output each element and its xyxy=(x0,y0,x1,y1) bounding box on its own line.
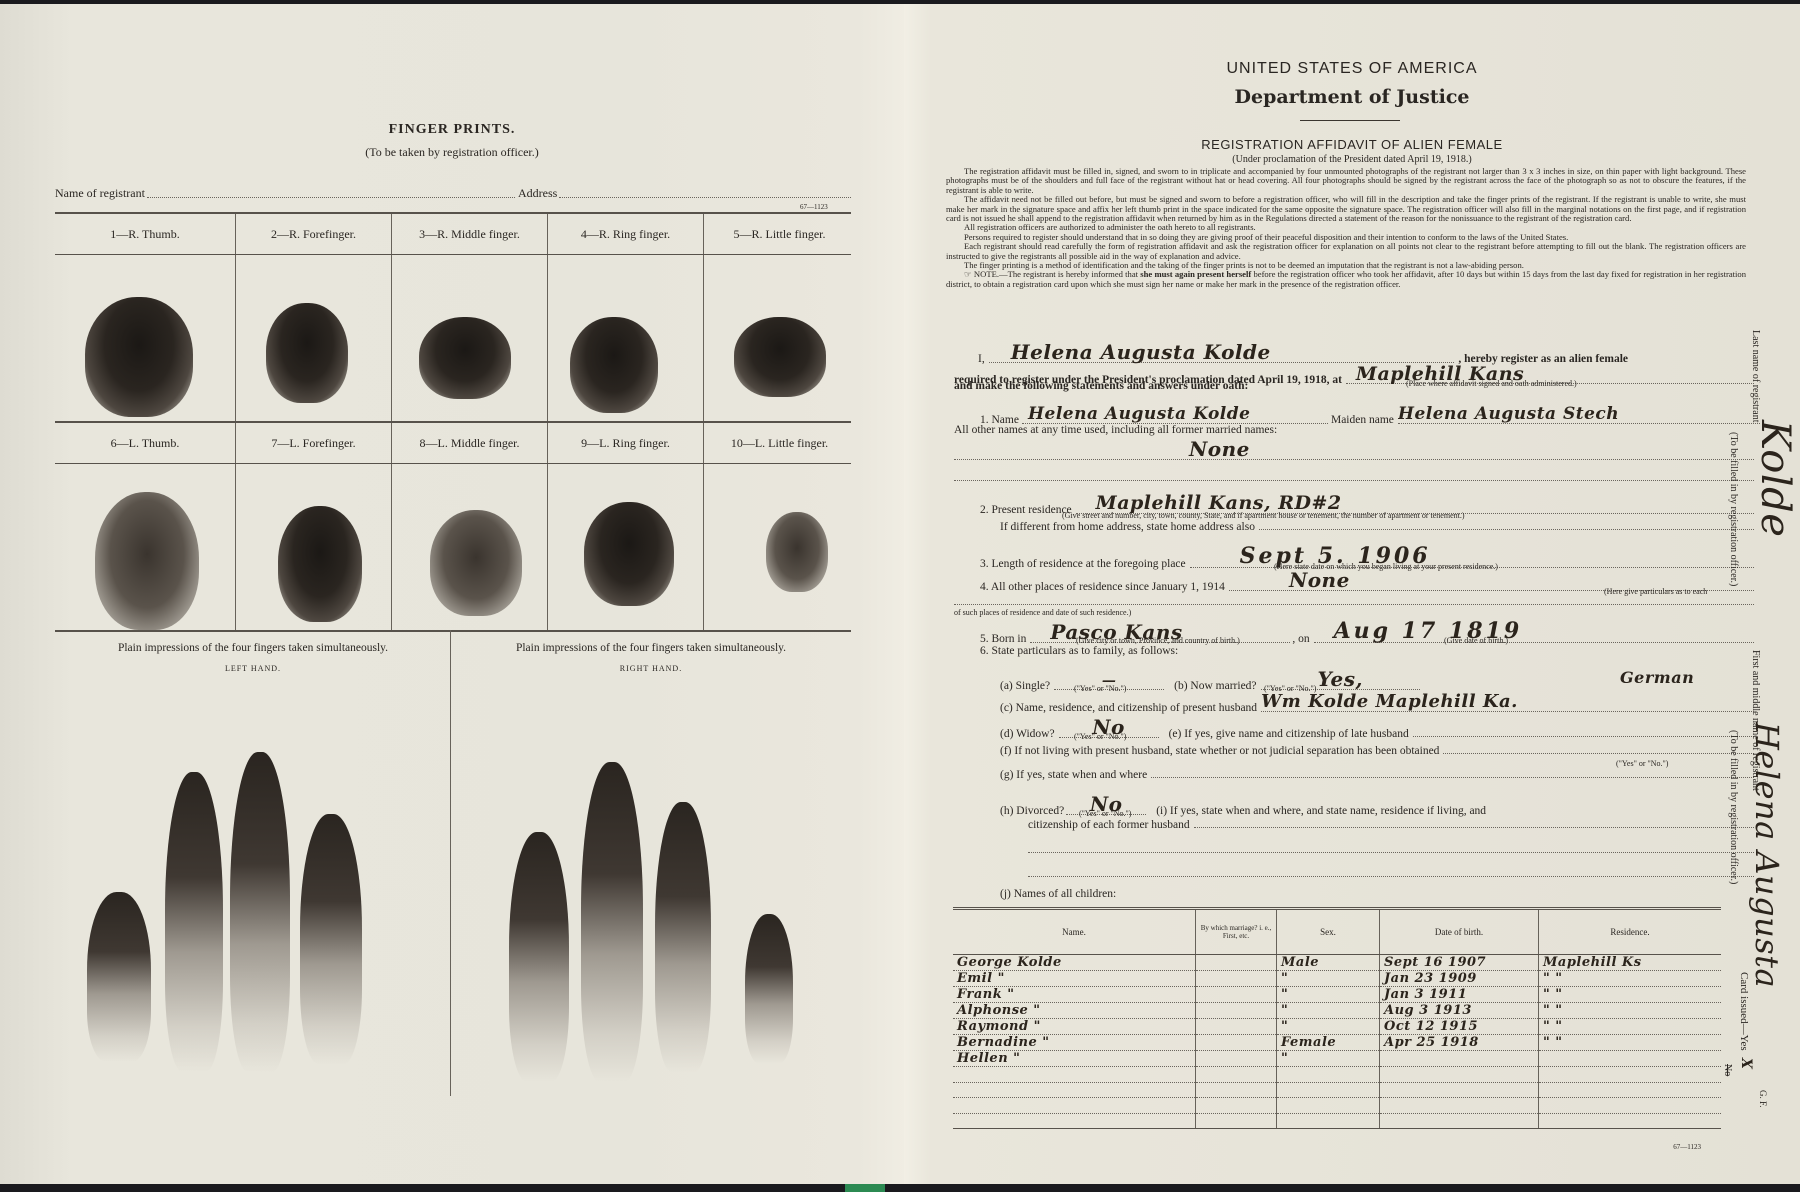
former-husband-line-3 xyxy=(1028,876,1754,877)
child-marriage xyxy=(1196,1003,1277,1019)
child-name: Raymond " xyxy=(953,1019,1196,1035)
child-marriage xyxy=(1196,1051,1277,1067)
other-names-value: None xyxy=(954,439,1754,460)
birth-date-value: Aug 17 1819 xyxy=(1314,620,1754,643)
other-names-label: All other names at any time used, includ… xyxy=(954,424,1277,436)
child-dob: Sept 16 1907 xyxy=(1380,955,1539,971)
l-little-finger-label: 10—L. Little finger. xyxy=(703,423,855,463)
plain-impressions-right-label: Plain impressions of the four fingers ta… xyxy=(451,642,851,654)
r-forefinger-print-box xyxy=(235,255,391,421)
children-table: Name. By which marriage? i. e., First, e… xyxy=(953,907,1721,1151)
single-hint: ("Yes" or "No.") xyxy=(1074,684,1126,693)
address-dotted-line xyxy=(559,186,851,198)
family-label: 6. State particulars as to family, as fo… xyxy=(980,645,1178,657)
col-residence: Residence. xyxy=(1539,909,1722,955)
oath-line: I, Helena Augusta Kolde , hereby registe… xyxy=(978,342,1628,365)
child-marriage xyxy=(1196,1035,1277,1051)
child-dob xyxy=(1380,1098,1539,1114)
child-marriage xyxy=(1196,1082,1277,1098)
left-hand-labels-row: 6—L. Thumb. 7—L. Forefinger. 8—L. Middle… xyxy=(55,421,851,464)
former-husband-line: citizenship of each former husband xyxy=(1028,819,1754,831)
table-row: Hellen "" xyxy=(953,1051,1721,1067)
other-names-line-2 xyxy=(954,480,1754,481)
r-ring-finger-label: 4—R. Ring finger. xyxy=(547,214,703,254)
right-hand-caption: RIGHT HAND. xyxy=(451,664,851,673)
r-thumb-label: 1—R. Thumb. xyxy=(55,214,235,254)
form-number-footer: 67—1123 xyxy=(953,1143,1701,1151)
table-row: George KoldeMaleSept 16 1907Maplehill Ks xyxy=(953,955,1721,971)
right-little-finger-impression xyxy=(745,914,793,1064)
r-little-finger-label: 5—R. Little finger. xyxy=(703,214,855,254)
right-middle-finger-impression xyxy=(581,762,643,1082)
form-title: REGISTRATION AFFIDAVIT OF ALIEN FEMALE xyxy=(904,137,1800,152)
former-husband-value xyxy=(1194,827,1754,828)
child-name xyxy=(953,1113,1196,1129)
instructions-block: The registration affidavit must be fille… xyxy=(946,167,1746,289)
fingerprint-image xyxy=(95,492,199,630)
card-no-label: No xyxy=(1722,1064,1733,1076)
col-sex: Sex. xyxy=(1277,909,1380,955)
table-row xyxy=(953,1113,1721,1129)
fingerprint-image xyxy=(430,510,522,616)
child-name: Frank " xyxy=(953,987,1196,1003)
last-name-hint: (To be filled in by registration officer… xyxy=(1728,432,1739,586)
left-forefinger-impression xyxy=(300,814,362,1064)
right-hand-impressions-section: Plain impressions of the four fingers ta… xyxy=(451,630,851,1100)
registrant-name-value: Helena Augusta Kolde xyxy=(989,342,1455,363)
left-hand-prints-row xyxy=(55,464,851,632)
child-marriage xyxy=(1196,1067,1277,1083)
child-sex: " xyxy=(1277,987,1380,1003)
last-name-label: Last name of registrant xyxy=(1750,330,1761,422)
plain-impressions-left-label: Plain impressions of the four fingers ta… xyxy=(55,642,451,654)
child-name: Hellen " xyxy=(953,1051,1196,1067)
child-residence: " " xyxy=(1539,987,1722,1003)
child-residence: " " xyxy=(1539,1019,1722,1035)
other-places-hint: (Here give particulars as to each xyxy=(1604,587,1707,596)
col-name: Name. xyxy=(953,909,1196,955)
table-row: Emil ""Jan 23 1909" " xyxy=(953,971,1721,987)
birthplace-hint: (Give city or town, Province, and countr… xyxy=(1076,636,1240,645)
child-sex: " xyxy=(1277,1003,1380,1019)
widow-hint: ("Yes" or "No.") xyxy=(1074,732,1126,741)
child-residence xyxy=(1539,1051,1722,1067)
child-residence: " " xyxy=(1539,1003,1722,1019)
l-thumb-print-box xyxy=(55,464,235,630)
l-middle-finger-label: 8—L. Middle finger. xyxy=(391,423,547,463)
form-number: 67—1123 xyxy=(800,203,828,211)
child-residence xyxy=(1539,1113,1722,1129)
child-name xyxy=(953,1067,1196,1083)
husband-value: Wm Kolde Maplehill Ka. xyxy=(1261,693,1754,712)
right-hand-labels-row: 1—R. Thumb. 2—R. Forefinger. 3—R. Middle… xyxy=(55,212,851,255)
child-name xyxy=(953,1098,1196,1114)
child-marriage xyxy=(1196,987,1277,1003)
l-thumb-label: 6—L. Thumb. xyxy=(55,423,235,463)
child-residence xyxy=(1539,1098,1722,1114)
child-sex: " xyxy=(1277,1019,1380,1035)
child-residence: " " xyxy=(1539,971,1722,987)
instruction-paragraph: The affidavit need not be filled out bef… xyxy=(946,195,1746,223)
child-residence xyxy=(1539,1082,1722,1098)
separation-hint: ("Yes" or "No.") xyxy=(1616,759,1668,768)
initials: G. F. xyxy=(1758,1090,1768,1108)
registrant-name-field: Name of registrant xyxy=(55,186,515,201)
child-dob xyxy=(1380,1082,1539,1098)
child-dob: Jan 23 1909 xyxy=(1380,971,1539,987)
name-of-registrant-label: Name of registrant xyxy=(55,186,145,201)
table-row: Bernadine "FemaleApr 25 1918" " xyxy=(953,1035,1721,1051)
l-ring-finger-print-box xyxy=(547,464,703,630)
husband-citizenship-value: German xyxy=(1620,668,1694,687)
card-issued-value: X xyxy=(1738,1058,1754,1069)
child-marriage xyxy=(1196,971,1277,987)
home-address-line: If different from home address, state ho… xyxy=(1000,521,1754,533)
first-name-value: Helena Augusta xyxy=(1748,722,1786,988)
r-little-finger-print-box xyxy=(703,255,855,421)
heading-rule xyxy=(1300,120,1400,121)
child-name xyxy=(953,1082,1196,1098)
last-name-value: Kolde xyxy=(1752,420,1798,537)
child-sex: Female xyxy=(1277,1035,1380,1051)
green-tab xyxy=(845,1184,885,1192)
fingerprint-image xyxy=(584,502,674,606)
separation-line: (f) If not living with present husband, … xyxy=(1000,745,1754,757)
right-hand-prints-row xyxy=(55,255,851,421)
r-middle-finger-label: 3—R. Middle finger. xyxy=(391,214,547,254)
table-row xyxy=(953,1082,1721,1098)
instruction-paragraph: The registration affidavit must be fille… xyxy=(946,167,1746,195)
when-where-value xyxy=(1151,777,1754,778)
fingerprint-grid: 1—R. Thumb. 2—R. Forefinger. 3—R. Middle… xyxy=(55,212,851,632)
child-sex: " xyxy=(1277,971,1380,987)
fingerprint-image xyxy=(85,297,193,417)
left-hand-caption: LEFT HAND. xyxy=(55,664,451,673)
child-dob xyxy=(1380,1051,1539,1067)
r-forefinger-label: 2—R. Forefinger. xyxy=(235,214,391,254)
child-sex: " xyxy=(1277,1051,1380,1067)
fingerprints-title: FINGER PRINTS. xyxy=(0,122,904,138)
former-husband-line-2 xyxy=(1028,852,1754,853)
table-row: Raymond ""Oct 12 1915" " xyxy=(953,1019,1721,1035)
fingerprint-image xyxy=(734,317,826,397)
children-table-body: George KoldeMaleSept 16 1907Maplehill Ks… xyxy=(953,955,1721,1129)
registrant-address-field: Address xyxy=(518,186,851,201)
child-dob xyxy=(1380,1113,1539,1129)
right-ring-finger-impression xyxy=(655,802,711,1072)
residence-hint: (Give street and number, city, town, cou… xyxy=(1062,511,1465,520)
single-married-line: (a) Single? — (b) Now married? Yes, xyxy=(1000,669,1420,692)
home-address-value xyxy=(1259,529,1754,530)
birth-date-hint: (Give date of birth.) xyxy=(1444,636,1508,645)
l-ring-finger-label: 9—L. Ring finger. xyxy=(547,423,703,463)
r-thumb-print-box xyxy=(55,255,235,421)
children-table-header: Name. By which marriage? i. e., First, e… xyxy=(953,909,1721,955)
child-marriage xyxy=(1196,955,1277,971)
other-places-line-2 xyxy=(954,604,1754,605)
child-marriage xyxy=(1196,1113,1277,1129)
child-marriage xyxy=(1196,1098,1277,1114)
child-residence xyxy=(1539,1067,1722,1083)
r-middle-finger-print-box xyxy=(391,255,547,421)
child-name: George Kolde xyxy=(953,955,1196,971)
l-forefinger-label: 7—L. Forefinger. xyxy=(235,423,391,463)
left-middle-finger-impression xyxy=(230,752,290,1072)
instruction-paragraph: Each registrant should read carefully th… xyxy=(946,242,1746,261)
fingerprint-image xyxy=(266,303,348,403)
fingerprint-image xyxy=(570,317,658,413)
l-middle-finger-print-box xyxy=(391,464,547,630)
child-name: Bernadine " xyxy=(953,1035,1196,1051)
when-where-line: (g) If yes, state when and where xyxy=(1000,769,1754,781)
maiden-name-value: Helena Augusta Stech xyxy=(1398,406,1760,424)
address-label: Address xyxy=(518,186,557,201)
department-heading: Department of Justice xyxy=(904,86,1800,108)
left-ring-finger-impression xyxy=(165,772,223,1072)
name-line: 1. Name Helena Augusta Kolde Maiden name… xyxy=(980,406,1760,426)
l-little-finger-print-box xyxy=(703,464,855,630)
child-name: Emil " xyxy=(953,971,1196,987)
husband-line: (c) Name, residence, and citizenship of … xyxy=(1000,693,1754,714)
col-marriage: By which marriage? i. e., First, etc. xyxy=(1196,909,1277,955)
note-paragraph: ☞ NOTE.—The registrant is hereby informe… xyxy=(946,270,1746,289)
other-places-hint-2: of such places of residence and date of … xyxy=(954,608,1131,617)
r-ring-finger-print-box xyxy=(547,255,703,421)
table-row: Frank ""Jan 3 1911" " xyxy=(953,987,1721,1003)
child-sex xyxy=(1277,1098,1380,1114)
name-value: Helena Augusta Kolde xyxy=(1022,406,1328,424)
child-residence: " " xyxy=(1539,1035,1722,1051)
child-dob xyxy=(1380,1067,1539,1083)
late-husband-value xyxy=(1413,736,1754,737)
child-residence: Maplehill Ks xyxy=(1539,955,1722,971)
child-dob: Apr 25 1918 xyxy=(1380,1035,1539,1051)
statements-label: and make the following statements and an… xyxy=(954,380,1248,392)
separation-value xyxy=(1443,753,1754,754)
l-forefinger-print-box xyxy=(235,464,391,630)
child-sex xyxy=(1277,1113,1380,1129)
right-forefinger-impression xyxy=(509,832,569,1082)
child-dob: Aug 3 1913 xyxy=(1380,1003,1539,1019)
col-dob: Date of birth. xyxy=(1380,909,1539,955)
proclamation-note: (Under proclamation of the President dat… xyxy=(904,154,1800,165)
child-sex xyxy=(1277,1082,1380,1098)
fingerprint-image xyxy=(766,512,828,592)
place-hint: (Place where affidavit signed and oath a… xyxy=(1406,379,1577,388)
fingerprint-image xyxy=(419,317,511,399)
country-heading: UNITED STATES OF AMERICA xyxy=(904,60,1800,78)
child-marriage xyxy=(1196,1019,1277,1035)
child-dob: Jan 3 1911 xyxy=(1380,987,1539,1003)
left-hand-impressions-section: Plain impressions of the four fingers ta… xyxy=(55,630,451,1100)
fingerprints-subtitle: (To be taken by registration officer.) xyxy=(0,145,904,160)
fingerprint-page: FINGER PRINTS. (To be taken by registrat… xyxy=(0,4,904,1184)
divorced-hint: ("Yes" or "No.") xyxy=(1079,809,1131,818)
child-name: Alphonse " xyxy=(953,1003,1196,1019)
left-little-finger-impression xyxy=(87,892,151,1062)
table-row xyxy=(953,1098,1721,1114)
children-label: (j) Names of all children: xyxy=(1000,888,1116,900)
fingerprint-image xyxy=(278,506,362,622)
card-issued-label: Card issued—Yes xyxy=(1738,972,1750,1051)
name-dotted-line xyxy=(147,186,515,198)
first-name-hint: (To be filled in by registration officer… xyxy=(1728,730,1739,884)
child-sex: Male xyxy=(1277,955,1380,971)
table-row: Alphonse ""Aug 3 1913" " xyxy=(953,1003,1721,1019)
table-row xyxy=(953,1067,1721,1083)
child-sex xyxy=(1277,1067,1380,1083)
child-dob: Oct 12 1915 xyxy=(1380,1019,1539,1035)
